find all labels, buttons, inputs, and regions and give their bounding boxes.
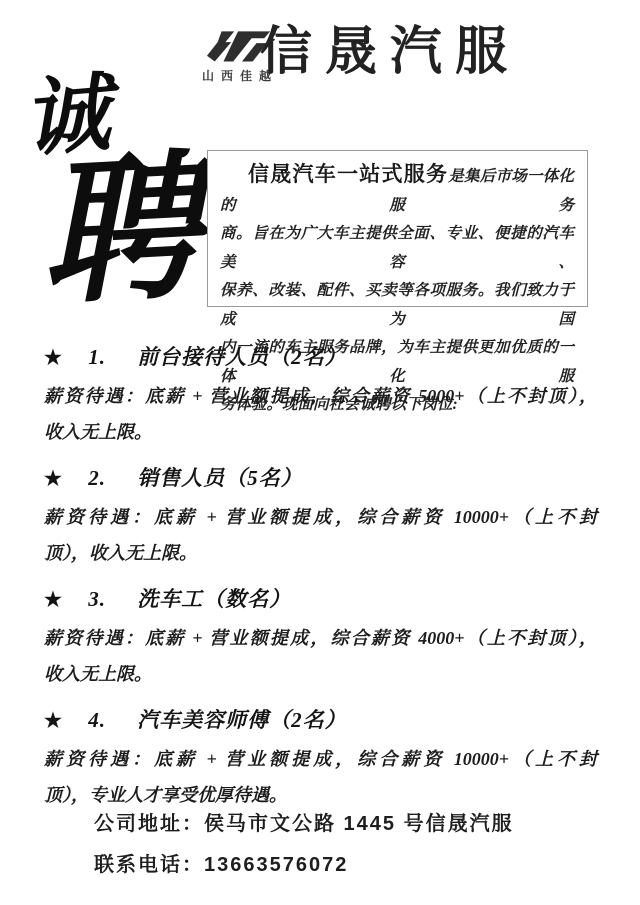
job-item-1: ★ 1. 前台接待人员（2名） 薪资待遇：底薪 + 营业额提成，综合薪资 500… xyxy=(44,342,597,450)
intro-line-2: 商。旨在为广大车主提供全面、专业、便捷的汽车美容、 xyxy=(220,220,574,277)
job-4-salary-line-1: 薪资待遇：底薪 + 营业额提成，综合薪资 10000+（上不封 xyxy=(44,741,597,777)
job-4-heading: ★ 4. 汽车美容师傅（2名） xyxy=(44,705,597,736)
job-4-number: 4. xyxy=(88,708,106,732)
intro-lead: 信晟汽车一站式服务 xyxy=(248,163,448,186)
job-3-heading: ★ 3. 洗车工（数名） xyxy=(44,584,597,615)
job-item-4: ★ 4. 汽车美容师傅（2名） 薪资待遇：底薪 + 营业额提成，综合薪资 100… xyxy=(44,705,597,813)
company-title: 信晟汽服 xyxy=(260,24,520,80)
job-1-salary-line-1: 薪资待遇：底薪 + 营业额提成，综合薪资 5000+（上不封顶）， xyxy=(44,378,597,414)
job-4-title: 汽车美容师傅（2名） xyxy=(137,708,347,732)
job-1-heading: ★ 1. 前台接待人员（2名） xyxy=(44,342,597,373)
calligraphy-pin: 聘 xyxy=(36,148,202,314)
phone-label: 联系电话： xyxy=(94,854,204,876)
star-icon: ★ xyxy=(44,589,63,611)
job-3-salary-line-2: 收入无上限。 xyxy=(44,656,597,692)
contact-phone-line: 联系电话：13663576072 xyxy=(94,845,514,886)
intro-line-3: 保养、改装、配件、买卖等各项服务。我们致力于成为国 xyxy=(220,277,574,334)
job-1-number: 1. xyxy=(88,345,106,369)
company-address-line: 公司地址：侯马市文公路 1445 号信晟汽服 xyxy=(94,804,514,845)
job-1-title: 前台接待人员（2名） xyxy=(137,345,347,369)
job-2-salary-line-1: 薪资待遇：底薪 + 营业额提成，综合薪资 10000+（上不封 xyxy=(44,499,597,535)
phone-number: 13663576072 xyxy=(204,854,348,876)
address-value: 侯马市文公路 1445 号信晟汽服 xyxy=(204,813,514,835)
job-2-heading: ★ 2. 销售人员（5名） xyxy=(44,463,597,494)
recruitment-poster: 山西佳越 信晟汽服 诚 聘 信晟汽车一站式服务是集后市场一体化的服务 商。旨在为… xyxy=(0,0,640,905)
job-3-title: 洗车工（数名） xyxy=(137,587,291,611)
job-3-number: 3. xyxy=(88,587,106,611)
job-2-number: 2. xyxy=(88,466,106,490)
star-icon: ★ xyxy=(44,710,63,732)
job-item-3: ★ 3. 洗车工（数名） 薪资待遇：底薪 + 营业额提成，综合薪资 4000+（… xyxy=(44,584,597,692)
job-1-salary-line-2: 收入无上限。 xyxy=(44,414,597,450)
job-3-salary-line-1: 薪资待遇：底薪 + 营业额提成，综合薪资 4000+（上不封顶）， xyxy=(44,620,597,656)
address-label: 公司地址： xyxy=(94,813,204,835)
job-list: ★ 1. 前台接待人员（2名） 薪资待遇：底薪 + 营业额提成，综合薪资 500… xyxy=(44,342,597,826)
job-item-2: ★ 2. 销售人员（5名） 薪资待遇：底薪 + 营业额提成，综合薪资 10000… xyxy=(44,463,597,571)
job-2-title: 销售人员（5名） xyxy=(137,466,303,490)
contact-block: 公司地址：侯马市文公路 1445 号信晟汽服 联系电话：13663576072 xyxy=(94,804,514,886)
star-icon: ★ xyxy=(44,347,63,369)
intro-line-1: 信晟汽车一站式服务是集后市场一体化的服务 xyxy=(220,161,574,220)
star-icon: ★ xyxy=(44,468,63,490)
company-intro-box: 信晟汽车一站式服务是集后市场一体化的服务 商。旨在为广大车主提供全面、专业、便捷… xyxy=(207,150,588,307)
job-2-salary-line-2: 顶），收入无上限。 xyxy=(44,535,597,571)
